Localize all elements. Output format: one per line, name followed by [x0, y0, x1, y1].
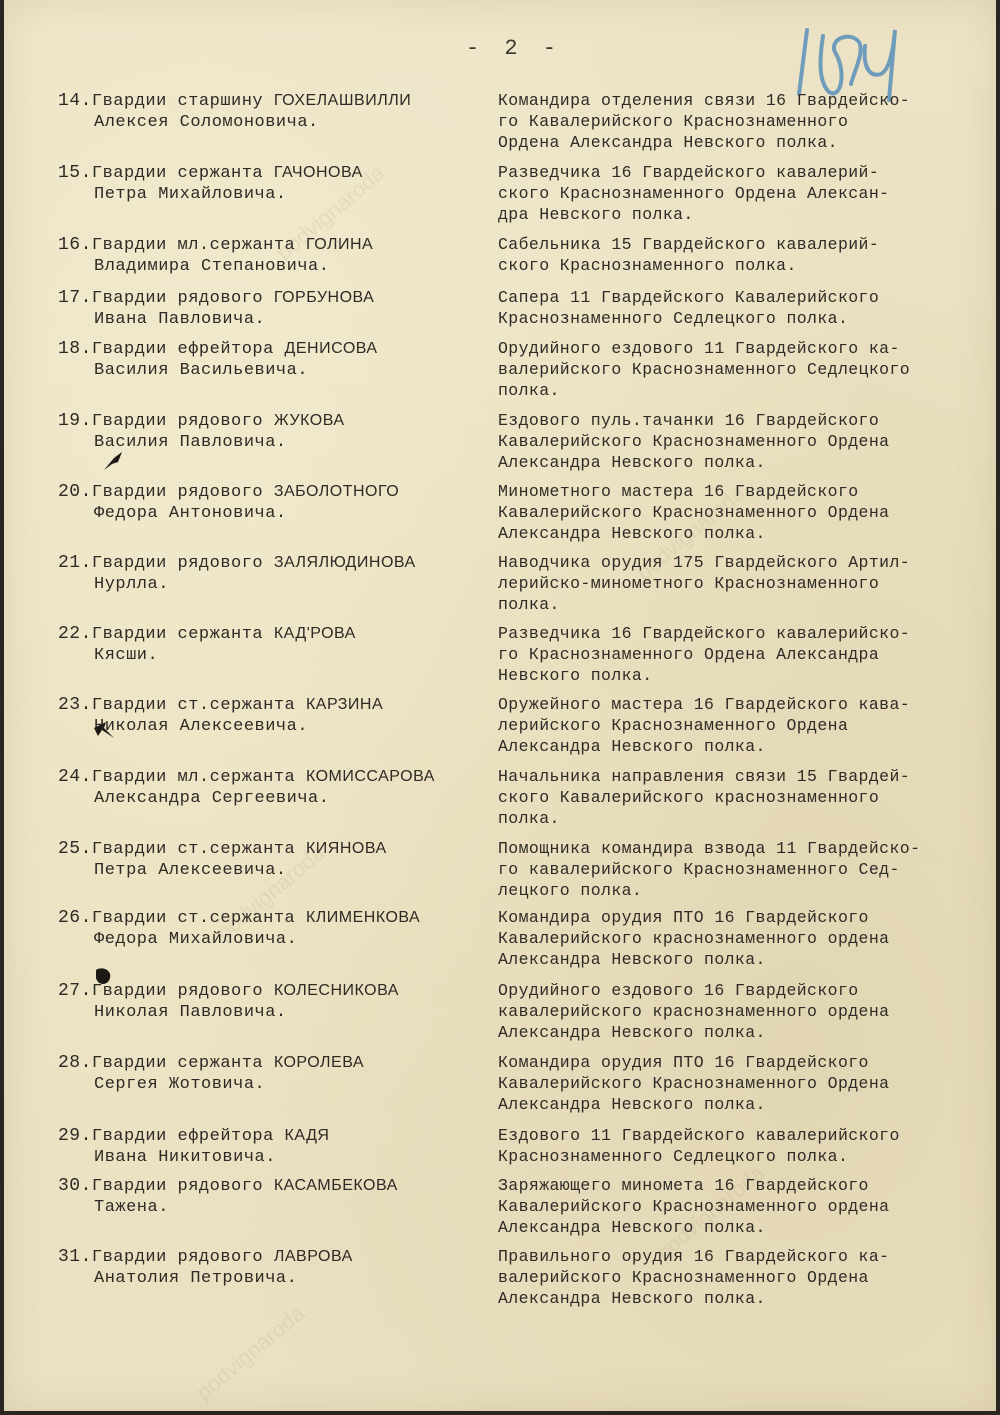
surname: КОМИССАРОВА — [306, 768, 435, 785]
recipient: 29.Гвардии ефрейтора КАДЯ Ивана Никитови… — [58, 1125, 488, 1168]
position-line: Командира орудия ПТО 16 Гвардейского — [498, 907, 988, 928]
rank: Гвардии рядового — [92, 483, 263, 502]
given-name: Петра Михайловича. — [58, 184, 488, 205]
position-line: Командира орудия ПТО 16 Гвардейского — [498, 1052, 988, 1073]
position-line: Орудийного ездового 11 Гвардейского ка- — [498, 338, 988, 359]
position-line: валерийского Краснознаменного Седлецкого — [498, 359, 988, 380]
page-number: - 2 - — [466, 36, 562, 61]
given-name: Александра Сергеевича. — [58, 788, 488, 809]
given-name: Ивана Павловича. — [58, 309, 488, 330]
recipient: 22.Гвардии сержанта КАД'РОВА Кясши. — [58, 623, 488, 666]
recipient: 19.Гвардии рядового ЖУКОВА Василия Павло… — [58, 410, 488, 453]
entry-number: 31. — [58, 1247, 92, 1268]
position-line: Невского полка. — [498, 665, 988, 686]
rank: Гвардии мл.сержанта — [92, 236, 295, 255]
surname: ГОХЕЛАШВИЛЛИ — [274, 92, 411, 109]
surname: КАД'РОВА — [274, 625, 356, 642]
position-line: Ездового пуль.тачанки 16 Гвардейского — [498, 410, 988, 431]
recipient: 14.Гвардии старшину ГОХЕЛАШВИЛЛИ Алексея… — [58, 90, 488, 133]
position-line: ского Кавалерийского краснознаменного — [498, 787, 988, 808]
position-line: го Краснознаменного Ордена Александра — [498, 644, 988, 665]
surname: ЛАВРОВА — [274, 1248, 353, 1265]
position-description: Ездового пуль.тачанки 16 ГвардейскогоКав… — [498, 410, 988, 473]
position-line: лецкого полка. — [498, 880, 988, 901]
position-line: Разведчика 16 Гвардейского кавалерий- — [498, 162, 988, 183]
given-name: Федора Антоновича. — [58, 503, 488, 524]
position-line: валерийского Краснознаменного Ордена — [498, 1267, 988, 1288]
position-line: Александра Невского полка. — [498, 523, 988, 544]
document-page: - 2 - podvignaroda podvignaroda podvigna… — [4, 0, 996, 1411]
position-line: ского Краснознаменного Ордена Алексан- — [498, 183, 988, 204]
given-name: Ивана Никитовича. — [58, 1147, 488, 1168]
position-description: Командира отделения связи 16 Гвардейско-… — [498, 90, 988, 153]
position-description: Оружейного мастера 16 Гвардейского кава-… — [498, 694, 988, 757]
position-description: Орудийного ездового 16 Гвардейскогокавал… — [498, 980, 988, 1043]
recipient: 30.Гвардии рядового КАСАМБЕКОВА Тажена. — [58, 1175, 488, 1218]
position-line: лерийско-минометного Краснознаменного — [498, 573, 988, 594]
rank: Гвардии рядового — [92, 1177, 263, 1196]
position-line: Наводчика орудия 175 Гвардейского Артил- — [498, 552, 988, 573]
recipient: 20.Гвардии рядового ЗАБОЛОТНОГО Федора А… — [58, 481, 488, 524]
given-name: Николая Алексеевича. — [58, 716, 488, 737]
position-line: Орудийного ездового 16 Гвардейского — [498, 980, 988, 1001]
position-line: лерийского Краснознаменного Ордена — [498, 715, 988, 736]
surname: КЛИМЕНКОВА — [306, 909, 420, 926]
position-line: Сапера 11 Гвардейского Кавалерийского — [498, 287, 988, 308]
given-name: Петра Алексеевича. — [58, 860, 488, 881]
surname: КИЯНОВА — [306, 840, 387, 857]
position-description: Правильного орудия 16 Гвардейского ка-ва… — [498, 1246, 988, 1309]
entry-number: 22. — [58, 624, 92, 645]
position-line: Александра Невского полка. — [498, 1288, 988, 1309]
position-line: Краснознаменного Седлецкого полка. — [498, 1146, 988, 1167]
entry-number: 16. — [58, 235, 92, 256]
position-line: Кавалерийского Краснознаменного ордена — [498, 1196, 988, 1217]
position-description: Разведчика 16 Гвардейского кавалерий-ско… — [498, 162, 988, 225]
given-name: Василия Васильевича. — [58, 360, 488, 381]
position-description: Сабельника 15 Гвардейского кавалерий-ско… — [498, 234, 988, 276]
position-line: Ездового 11 Гвардейского кавалерийского — [498, 1125, 988, 1146]
rank: Гвардии рядового — [92, 289, 263, 308]
position-line: Александра Невского полка. — [498, 1094, 988, 1115]
position-line: Кавалерийского Краснознаменного Ордена — [498, 431, 988, 452]
recipient: 26.Гвардии ст.сержанта КЛИМЕНКОВА Федора… — [58, 907, 488, 950]
position-line: Кавалерийского Краснознаменного Ордена — [498, 502, 988, 523]
entry-number: 21. — [58, 553, 92, 574]
position-line: Начальника направления связи 15 Гвардей- — [498, 766, 988, 787]
entry-number: 29. — [58, 1126, 92, 1147]
recipient: 24.Гвардии мл.сержанта КОМИССАРОВА Алекс… — [58, 766, 488, 809]
rank: Гвардии ст.сержанта — [92, 696, 295, 715]
position-line: Александра Невского полка. — [498, 1217, 988, 1238]
entry-number: 15. — [58, 163, 92, 184]
position-line: полка. — [498, 808, 988, 829]
rank: Гвардии рядового — [92, 1248, 263, 1267]
position-line: Заряжающего миномета 16 Гвардейского — [498, 1175, 988, 1196]
given-name: Алексея Соломоновича. — [58, 112, 488, 133]
position-line: Правильного орудия 16 Гвардейского ка- — [498, 1246, 988, 1267]
given-name: Федора Михайловича. — [58, 929, 488, 950]
rank: Гвардии сержанта — [92, 164, 263, 183]
given-name: Анатолия Петровича. — [58, 1268, 488, 1289]
rank: Гвардии рядового — [92, 554, 263, 573]
given-name: Сергея Жотовича. — [58, 1074, 488, 1095]
position-line: Минометного мастера 16 Гвардейского — [498, 481, 988, 502]
given-name: Кясши. — [58, 645, 488, 666]
watermark: podvignaroda — [191, 1300, 310, 1406]
surname: КАРЗИНА — [306, 696, 383, 713]
recipient: 25.Гвардии ст.сержанта КИЯНОВА Петра Але… — [58, 838, 488, 881]
position-line: кавалерийского краснознаменного ордена — [498, 1001, 988, 1022]
position-description: Ездового 11 Гвардейского кавалерийскогоК… — [498, 1125, 988, 1167]
rank: Гвардии рядового — [92, 412, 263, 431]
entry-number: 24. — [58, 767, 92, 788]
entry-number: 23. — [58, 695, 92, 716]
position-line: Сабельника 15 Гвардейского кавалерий- — [498, 234, 988, 255]
position-description: Заряжающего миномета 16 ГвардейскогоКава… — [498, 1175, 988, 1238]
recipient: 28.Гвардии сержанта КОРОЛЕВА Сергея Жото… — [58, 1052, 488, 1095]
position-description: Помощника командира взвода 11 Гвардейско… — [498, 838, 988, 901]
position-line: Александра Невского полка. — [498, 452, 988, 473]
position-line: Кавалерийского Краснознаменного Ордена — [498, 1073, 988, 1094]
entry-number: 25. — [58, 839, 92, 860]
entry-number: 20. — [58, 482, 92, 503]
position-description: Командира орудия ПТО 16 ГвардейскогоКава… — [498, 907, 988, 970]
surname: ЗАЛЯЛЮДИНОВА — [274, 554, 416, 571]
recipient: 31.Гвардии рядового ЛАВРОВА Анатолия Пет… — [58, 1246, 488, 1289]
position-line: Краснознаменного Седлецкого полка. — [498, 308, 988, 329]
recipient: 23.Гвардии ст.сержанта КАРЗИНА Николая А… — [58, 694, 488, 737]
rank: Гвардии старшину — [92, 92, 263, 111]
position-line: Оружейного мастера 16 Гвардейского кава- — [498, 694, 988, 715]
given-name: Нурлла. — [58, 574, 488, 595]
position-description: Минометного мастера 16 ГвардейскогоКавал… — [498, 481, 988, 544]
position-line: Помощника командира взвода 11 Гвардейско… — [498, 838, 988, 859]
position-line: полка. — [498, 594, 988, 615]
position-line: Ордена Александра Невского полка. — [498, 132, 988, 153]
entry-number: 30. — [58, 1176, 92, 1197]
rank: Гвардии сержанта — [92, 1054, 263, 1073]
rank: Гвардии ефрейтора — [92, 340, 274, 359]
position-description: Командира орудия ПТО 16 ГвардейскогоКава… — [498, 1052, 988, 1115]
entry-number: 17. — [58, 288, 92, 309]
rank: Гвардии мл.сержанта — [92, 768, 295, 787]
surname: ГАЧОНОВА — [274, 164, 363, 181]
position-description: Наводчика орудия 175 Гвардейского Артил-… — [498, 552, 988, 615]
surname: КОРОЛЕВА — [274, 1054, 364, 1071]
rank: Гвардии ефрейтора — [92, 1127, 274, 1146]
position-line: Кавалерийского краснознаменного ордена — [498, 928, 988, 949]
surname: ДЕНИСОВА — [285, 340, 378, 357]
recipient: 15.Гвардии сержанта ГАЧОНОВА Петра Михай… — [58, 162, 488, 205]
entry-number: 28. — [58, 1053, 92, 1074]
recipient: 27.Гвардии рядового КОЛЕСНИКОВА Николая … — [58, 980, 488, 1023]
surname: КАСАМБЕКОВА — [274, 1177, 398, 1194]
position-description: Орудийного ездового 11 Гвардейского ка-в… — [498, 338, 988, 401]
position-line: Разведчика 16 Гвардейского кавалерийско- — [498, 623, 988, 644]
surname: ГОРБУНОВА — [274, 289, 375, 306]
rank: Гвардии сержанта — [92, 625, 263, 644]
position-line: дра Невского полка. — [498, 204, 988, 225]
recipient: 17.Гвардии рядового ГОРБУНОВА Ивана Павл… — [58, 287, 488, 330]
position-line: Александра Невского полка. — [498, 949, 988, 970]
position-description: Сапера 11 Гвардейского КавалерийскогоКра… — [498, 287, 988, 329]
recipient: 16.Гвардии мл.сержанта ГОЛИНА Владимира … — [58, 234, 488, 277]
entry-number: 27. — [58, 981, 92, 1002]
given-name: Василия Павловича. — [58, 432, 488, 453]
surname: КАДЯ — [285, 1127, 330, 1144]
position-line: полка. — [498, 380, 988, 401]
rank: Гвардии ст.сержанта — [92, 840, 295, 859]
rank: Гвардии ст.сержанта — [92, 909, 295, 928]
position-line: ского Краснознаменного полка. — [498, 255, 988, 276]
given-name: Тажена. — [58, 1197, 488, 1218]
position-line: го кавалерийского Краснознаменного Сед- — [498, 859, 988, 880]
entry-number: 18. — [58, 339, 92, 360]
recipient: 21.Гвардии рядового ЗАЛЯЛЮДИНОВА Нурлла. — [58, 552, 488, 595]
entry-number: 26. — [58, 908, 92, 929]
position-description: Начальника направления связи 15 Гвардей-… — [498, 766, 988, 829]
entry-number: 14. — [58, 91, 92, 112]
given-name: Николая Павловича. — [58, 1002, 488, 1023]
position-line: Командира отделения связи 16 Гвардейско- — [498, 90, 988, 111]
surname: ЗАБОЛОТНОГО — [274, 483, 399, 500]
given-name: Владимира Степановича. — [58, 256, 488, 277]
entry-number: 19. — [58, 411, 92, 432]
surname: ЖУКОВА — [274, 412, 345, 429]
rank: Гвардии рядового — [92, 982, 263, 1001]
position-line: Александра Невского полка. — [498, 1022, 988, 1043]
recipient: 18.Гвардии ефрейтора ДЕНИСОВА Василия Ва… — [58, 338, 488, 381]
position-line: Александра Невского полка. — [498, 736, 988, 757]
surname: ГОЛИНА — [306, 236, 373, 253]
surname: КОЛЕСНИКОВА — [274, 982, 399, 999]
position-line: го Кавалерийского Краснознаменного — [498, 111, 988, 132]
position-description: Разведчика 16 Гвардейского кавалерийско-… — [498, 623, 988, 686]
